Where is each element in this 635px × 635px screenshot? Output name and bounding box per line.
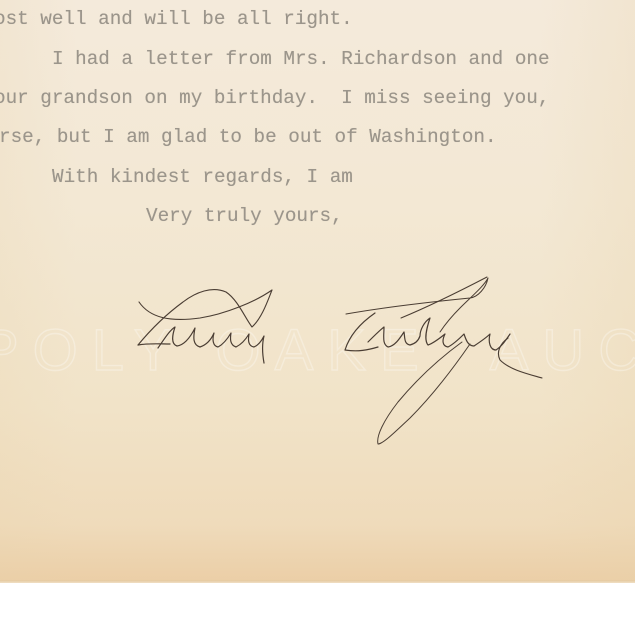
signature-last-descender bbox=[378, 342, 470, 444]
signature-first-flourish bbox=[138, 290, 272, 345]
handwritten-signature bbox=[0, 0, 635, 583]
signature-last-c bbox=[345, 313, 378, 351]
document-viewport: POLY OAKE AUCTIONS IS ost well and will … bbox=[0, 0, 635, 635]
letter-paper: POLY OAKE AUCTIONS IS ost well and will … bbox=[0, 0, 635, 583]
signature-first-lvi bbox=[158, 327, 264, 363]
signature-last-cross bbox=[401, 277, 487, 318]
signature-last-tail bbox=[498, 338, 542, 378]
signature-last-oolid bbox=[368, 318, 510, 350]
signature-last-flourish bbox=[346, 278, 488, 332]
signature-first-c bbox=[138, 344, 170, 345]
